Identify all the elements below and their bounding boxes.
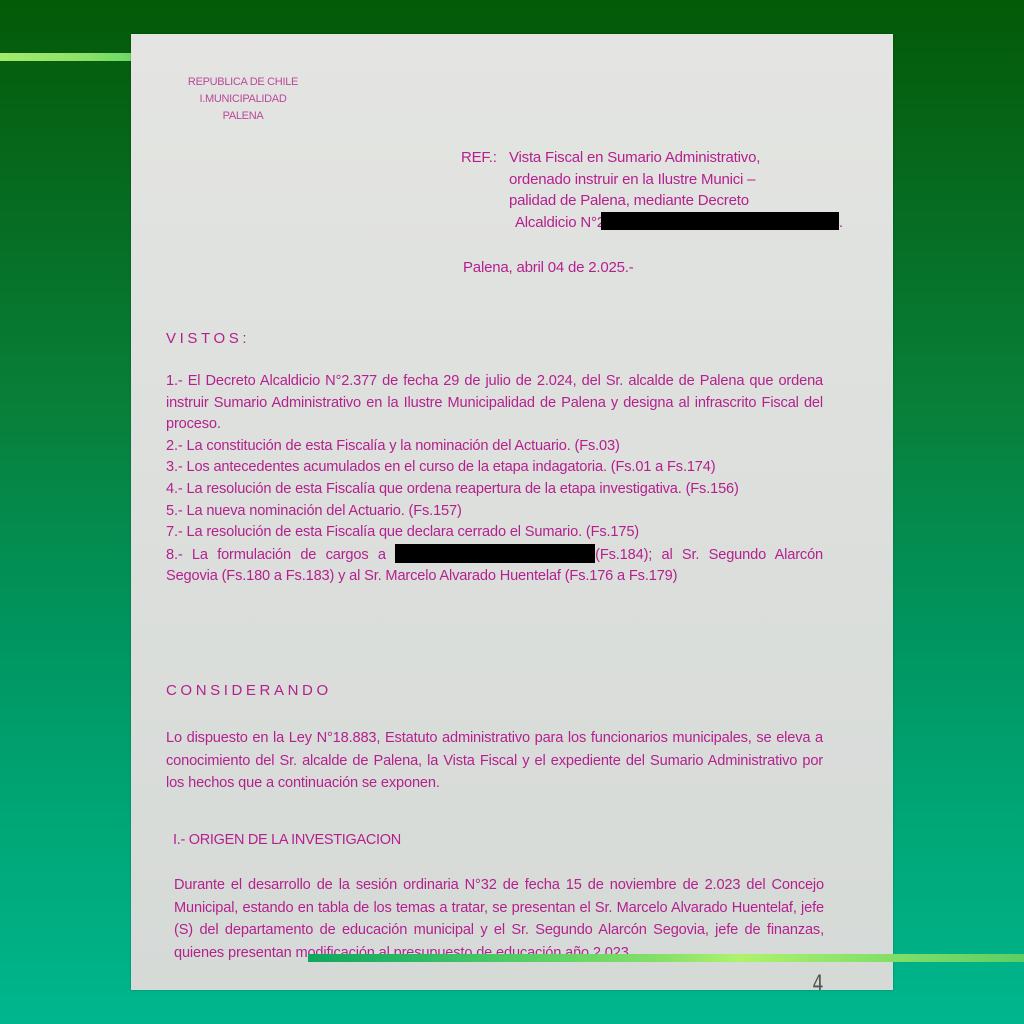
reference-line-prefix: Alcaldicio N°2 — [515, 214, 605, 231]
vistos-item: 7.- La resolución de esta Fiscalía que d… — [166, 522, 823, 544]
reference-line-suffix: . — [839, 214, 843, 231]
vistos-list: 1.- El Decreto Alcaldicio N°2.377 de fec… — [166, 371, 823, 588]
section-title-considerando: CONSIDERANDO — [166, 682, 332, 699]
origen-paragraph: Durante el desarrollo de la sesión ordin… — [174, 874, 824, 964]
letterhead-line: REPUBLICA DE CHILE — [153, 74, 333, 91]
vistos-item: 1.- El Decreto Alcaldicio N°2.377 de fec… — [166, 371, 823, 436]
vistos-item: 3.- Los antecedentes acumulados en el cu… — [166, 457, 823, 479]
reference-line: Vista Fiscal en Sumario Administrativo, — [509, 147, 869, 169]
vistos-item: 5.- La nueva nominación del Actuario. (F… — [166, 501, 823, 523]
reference-line: ordenado instruir en la Ilustre Munici – — [509, 169, 869, 191]
vistos-item: 8.- La formulación de cargos a (Fs.184);… — [166, 544, 823, 588]
scanned-document-page: REPUBLICA DE CHILE I.MUNICIPALIDAD PALEN… — [131, 34, 893, 990]
page-number-mark: 4 — [812, 972, 823, 990]
vistos-item-prefix: 8.- La formulación de cargos a — [166, 547, 395, 563]
document-date: Palena, abril 04 de 2.025.- — [463, 259, 634, 276]
letterhead-line: I.MUNICIPALIDAD — [153, 91, 333, 108]
redaction-box — [601, 212, 839, 230]
vistos-item: 4.- La resolución de esta Fiscalía que o… — [166, 479, 823, 501]
vistos-item: 2.- La constitución de esta Fiscalía y l… — [166, 436, 823, 458]
section-title-vistos: VISTOS: — [166, 330, 250, 347]
considerando-paragraph: Lo dispuesto en la Ley N°18.883, Estatut… — [166, 727, 823, 795]
reference-line: palidad de Palena, mediante Decreto — [509, 190, 869, 212]
section-title-origen: I.- ORIGEN DE LA INVESTIGACION — [173, 832, 401, 848]
reference-text: Vista Fiscal en Sumario Administrativo, … — [509, 147, 869, 233]
reference-label: REF.: — [461, 147, 497, 169]
letterhead-line: PALENA — [153, 108, 333, 125]
letterhead: REPUBLICA DE CHILE I.MUNICIPALIDAD PALEN… — [153, 74, 333, 125]
reference-line: Alcaldicio N°2. — [509, 212, 869, 234]
decorative-accent-bar-bottom — [308, 954, 1024, 962]
redaction-box — [395, 544, 595, 563]
